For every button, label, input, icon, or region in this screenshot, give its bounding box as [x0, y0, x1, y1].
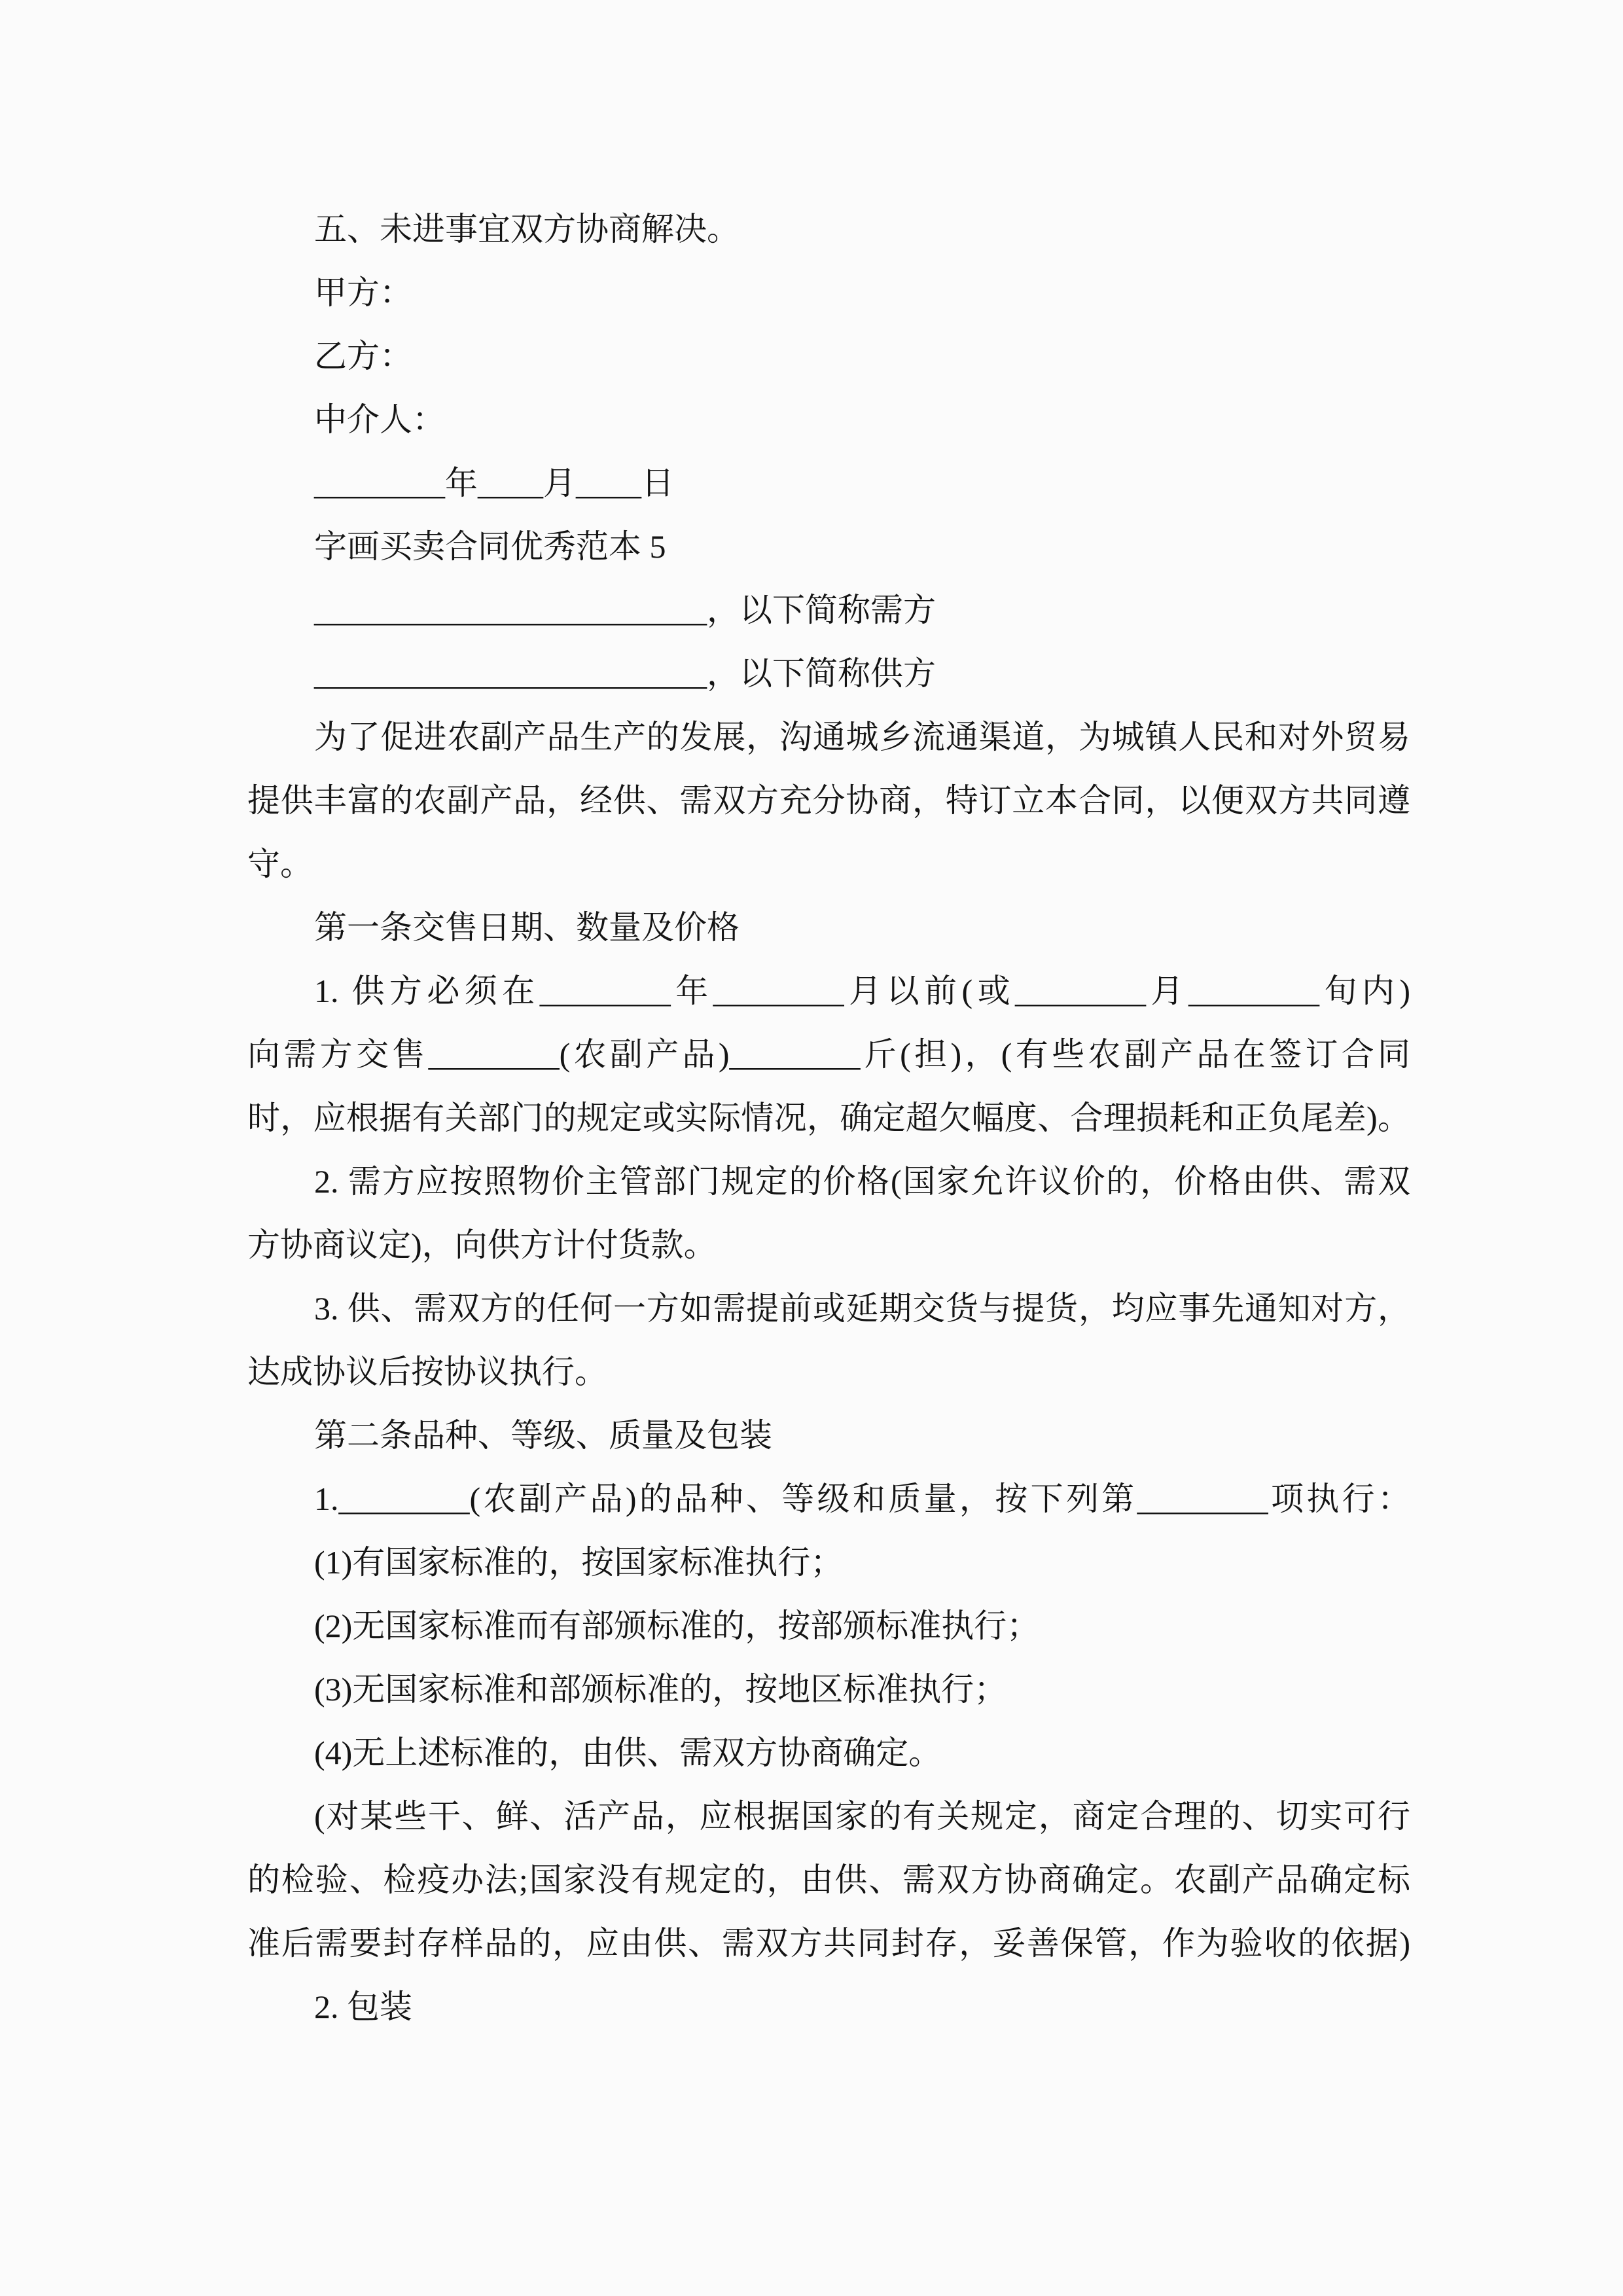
document-line: 向需方交售________(农副产品)________斤(担)，(有些农副产品在… — [247, 1023, 1410, 1086]
document-line: ________________________，以下简称需方 — [247, 579, 1410, 642]
document-line: 1.________(农副产品)的品种、等级和质量，按下列第________项执… — [247, 1467, 1410, 1531]
document-line: ________年____月____日 — [247, 452, 1410, 515]
document-line: 2. 包装 — [247, 1975, 1410, 2039]
document-line: 准后需要封存样品的，应由供、需双方共同封存，妥善保管，作为验收的依据) — [247, 1912, 1410, 1975]
document-line: 的检验、检疫办法;国家没有规定的，由供、需双方协商确定。农副产品确定标 — [247, 1848, 1410, 1912]
contract-text-block: 五、未进事宜双方协商解决。甲方：乙方：中介人：________年____月___… — [247, 198, 1410, 2039]
document-line: 提供丰富的农副产品，经供、需双方充分协商，特订立本合同，以便双方共同遵 — [247, 769, 1410, 833]
document-line: 五、未进事宜双方协商解决。 — [247, 198, 1410, 261]
document-line: (2)无国家标准而有部颁标准的，按部颁标准执行； — [247, 1594, 1410, 1658]
document-line: 1. 供方必须在________年________月以前(或________月_… — [247, 960, 1410, 1023]
document-line: 达成协议后按协议执行。 — [247, 1340, 1410, 1404]
document-line: (3)无国家标准和部颁标准的，按地区标准执行； — [247, 1658, 1410, 1721]
document-line: 第二条品种、等级、质量及包装 — [247, 1404, 1410, 1467]
document-line: (对某些干、鲜、活产品，应根据国家的有关规定，商定合理的、切实可行 — [247, 1785, 1410, 1848]
document-line: 3. 供、需双方的任何一方如需提前或延期交货与提货，均应事先通知对方， — [247, 1277, 1410, 1340]
document-line: ________________________，以下简称供方 — [247, 642, 1410, 706]
document-line: 甲方： — [247, 261, 1410, 325]
document-line: 2. 需方应按照物价主管部门规定的价格(国家允许议价的，价格由供、需双 — [247, 1150, 1410, 1213]
document-line: 守。 — [247, 833, 1410, 896]
document-line: 时，应根据有关部门的规定或实际情况，确定超欠幅度、合理损耗和正负尾差)。 — [247, 1086, 1410, 1150]
document-line: 中介人： — [247, 388, 1410, 452]
document-line: 字画买卖合同优秀范本 5 — [247, 515, 1410, 579]
document-line: 为了促进农副产品生产的发展，沟通城乡流通渠道，为城镇人民和对外贸易 — [247, 706, 1410, 769]
document-line: (1)有国家标准的，按国家标准执行； — [247, 1531, 1410, 1594]
document-line: 乙方： — [247, 325, 1410, 388]
contract-page: 五、未进事宜双方协商解决。甲方：乙方：中介人：________年____月___… — [0, 0, 1623, 2296]
document-line: 第一条交售日期、数量及价格 — [247, 896, 1410, 960]
document-line: (4)无上述标准的，由供、需双方协商确定。 — [247, 1721, 1410, 1785]
document-line: 方协商议定)，向供方计付货款。 — [247, 1213, 1410, 1277]
